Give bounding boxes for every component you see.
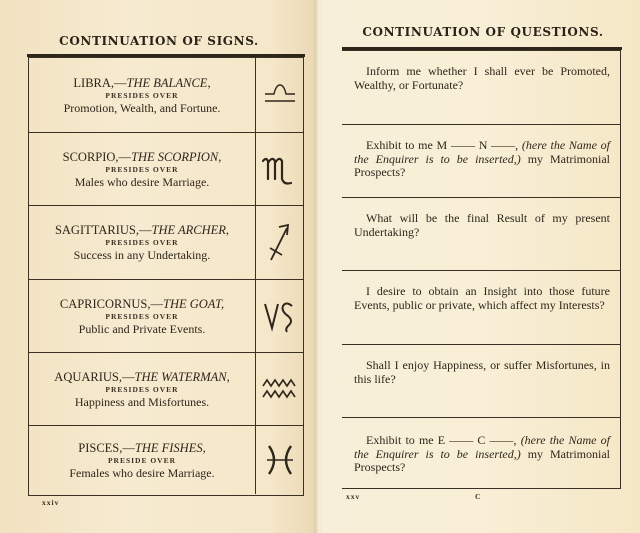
sign-name: SAGITTARIUS,—THE ARCHER, [55,223,229,238]
page-number: xxiv [42,498,59,507]
question-text: Exhibit to me M —— N ——, (here the Name … [354,139,610,180]
question-text: Exhibit to me E —— C ——, (here the Name … [354,434,610,475]
presides-label: PRESIDES OVER [105,165,178,175]
question-row: I desire to obtain an Insight into those… [342,270,620,344]
presides-label: PRESIDES OVER [105,312,178,322]
sign-name: LIBRA,—THE BALANCE, [73,76,210,91]
sign-domain: Happiness and Misfortunes. [75,395,209,409]
question-text: Shall I enjoy Happiness, or suffer Misfo… [354,359,610,386]
question-row: Shall I enjoy Happiness, or suffer Misfo… [342,344,620,417]
sign-domain: Public and Private Events. [79,322,206,336]
sign-row-pisces: PISCES,—THE FISHES, PRESIDE OVER Females… [29,425,303,494]
page-title: CONTINUATION OF SIGNS. [0,34,318,48]
table-top-rule [342,47,622,50]
sign-row-sagittarius: SAGITTARIUS,—THE ARCHER, PRESIDES OVER S… [29,205,303,279]
sign-description: SAGITTARIUS,—THE ARCHER, PRESIDES OVER S… [29,206,255,279]
aquarius-icon [261,376,299,402]
sign-description: LIBRA,—THE BALANCE, PRESIDES OVER Promot… [29,58,255,132]
symbol-cell [255,133,303,205]
symbol-cell [255,280,303,352]
presides-label: PRESIDES OVER [105,91,178,101]
sign-name: SCORPIO,—THE SCORPION, [63,150,222,165]
sign-name: AQUARIUS,—THE WATERMAN, [54,370,229,385]
page-number: xxv [346,492,360,501]
symbol-cell [255,206,303,279]
signs-table: LIBRA,—THE BALANCE, PRESIDES OVER Promot… [28,57,304,496]
left-page: CONTINUATION OF SIGNS. LIBRA,—THE BALANC… [0,0,318,533]
sagittarius-icon [265,222,295,264]
symbol-cell [255,353,303,425]
question-row: What will be the final Result of my pres… [342,197,620,270]
question-text: What will be the final Result of my pres… [354,212,610,239]
sign-description: CAPRICORNUS,—THE GOAT, PRESIDES OVER Pub… [29,280,255,352]
sign-name: PISCES,—THE FISHES, [78,441,205,456]
question-text: I desire to obtain an Insight into those… [354,285,610,312]
sign-description: PISCES,—THE FISHES, PRESIDE OVER Females… [29,426,255,494]
presides-label: PRESIDE OVER [108,456,176,466]
sign-description: AQUARIUS,—THE WATERMAN, PRESIDES OVER Ha… [29,353,255,425]
sign-domain: Females who desire Marriage. [69,466,214,480]
libra-icon [263,82,297,108]
page-title: CONTINUATION OF QUESTIONS. [324,25,640,39]
sign-row-aquarius: AQUARIUS,—THE WATERMAN, PRESIDES OVER Ha… [29,352,303,425]
sign-row-scorpio: SCORPIO,—THE SCORPION, PRESIDES OVER Mal… [29,132,303,205]
questions-table: Inform me whether I shall ever be Promot… [342,50,621,489]
capricorn-icon [262,298,298,334]
presides-label: PRESIDES OVER [105,238,178,248]
sign-domain: Promotion, Wealth, and Fortune. [64,101,221,115]
symbol-cell [255,58,303,132]
question-row: Exhibit to me M —— N ——, (here the Name … [342,124,620,197]
signature-mark: C [475,492,481,501]
right-page: CONTINUATION OF QUESTIONS. Inform me whe… [322,0,640,533]
sign-domain: Males who desire Marriage. [75,175,210,189]
symbol-cell [255,426,303,494]
question-text: Inform me whether I shall ever be Promot… [354,65,610,92]
pisces-icon [263,442,297,478]
question-row: Inform me whether I shall ever be Promot… [342,51,620,124]
sign-domain: Success in any Undertaking. [74,248,211,262]
presides-label: PRESIDES OVER [105,385,178,395]
table-top-rule [27,54,305,57]
sign-name: CAPRICORNUS,—THE GOAT, [60,297,224,312]
sign-description: SCORPIO,—THE SCORPION, PRESIDES OVER Mal… [29,133,255,205]
sign-row-capricornus: CAPRICORNUS,—THE GOAT, PRESIDES OVER Pub… [29,279,303,352]
question-row: Exhibit to me E —— C ——, (here the Name … [342,417,620,487]
sign-row-libra: LIBRA,—THE BALANCE, PRESIDES OVER Promot… [29,58,303,132]
scorpio-icon [260,149,300,189]
